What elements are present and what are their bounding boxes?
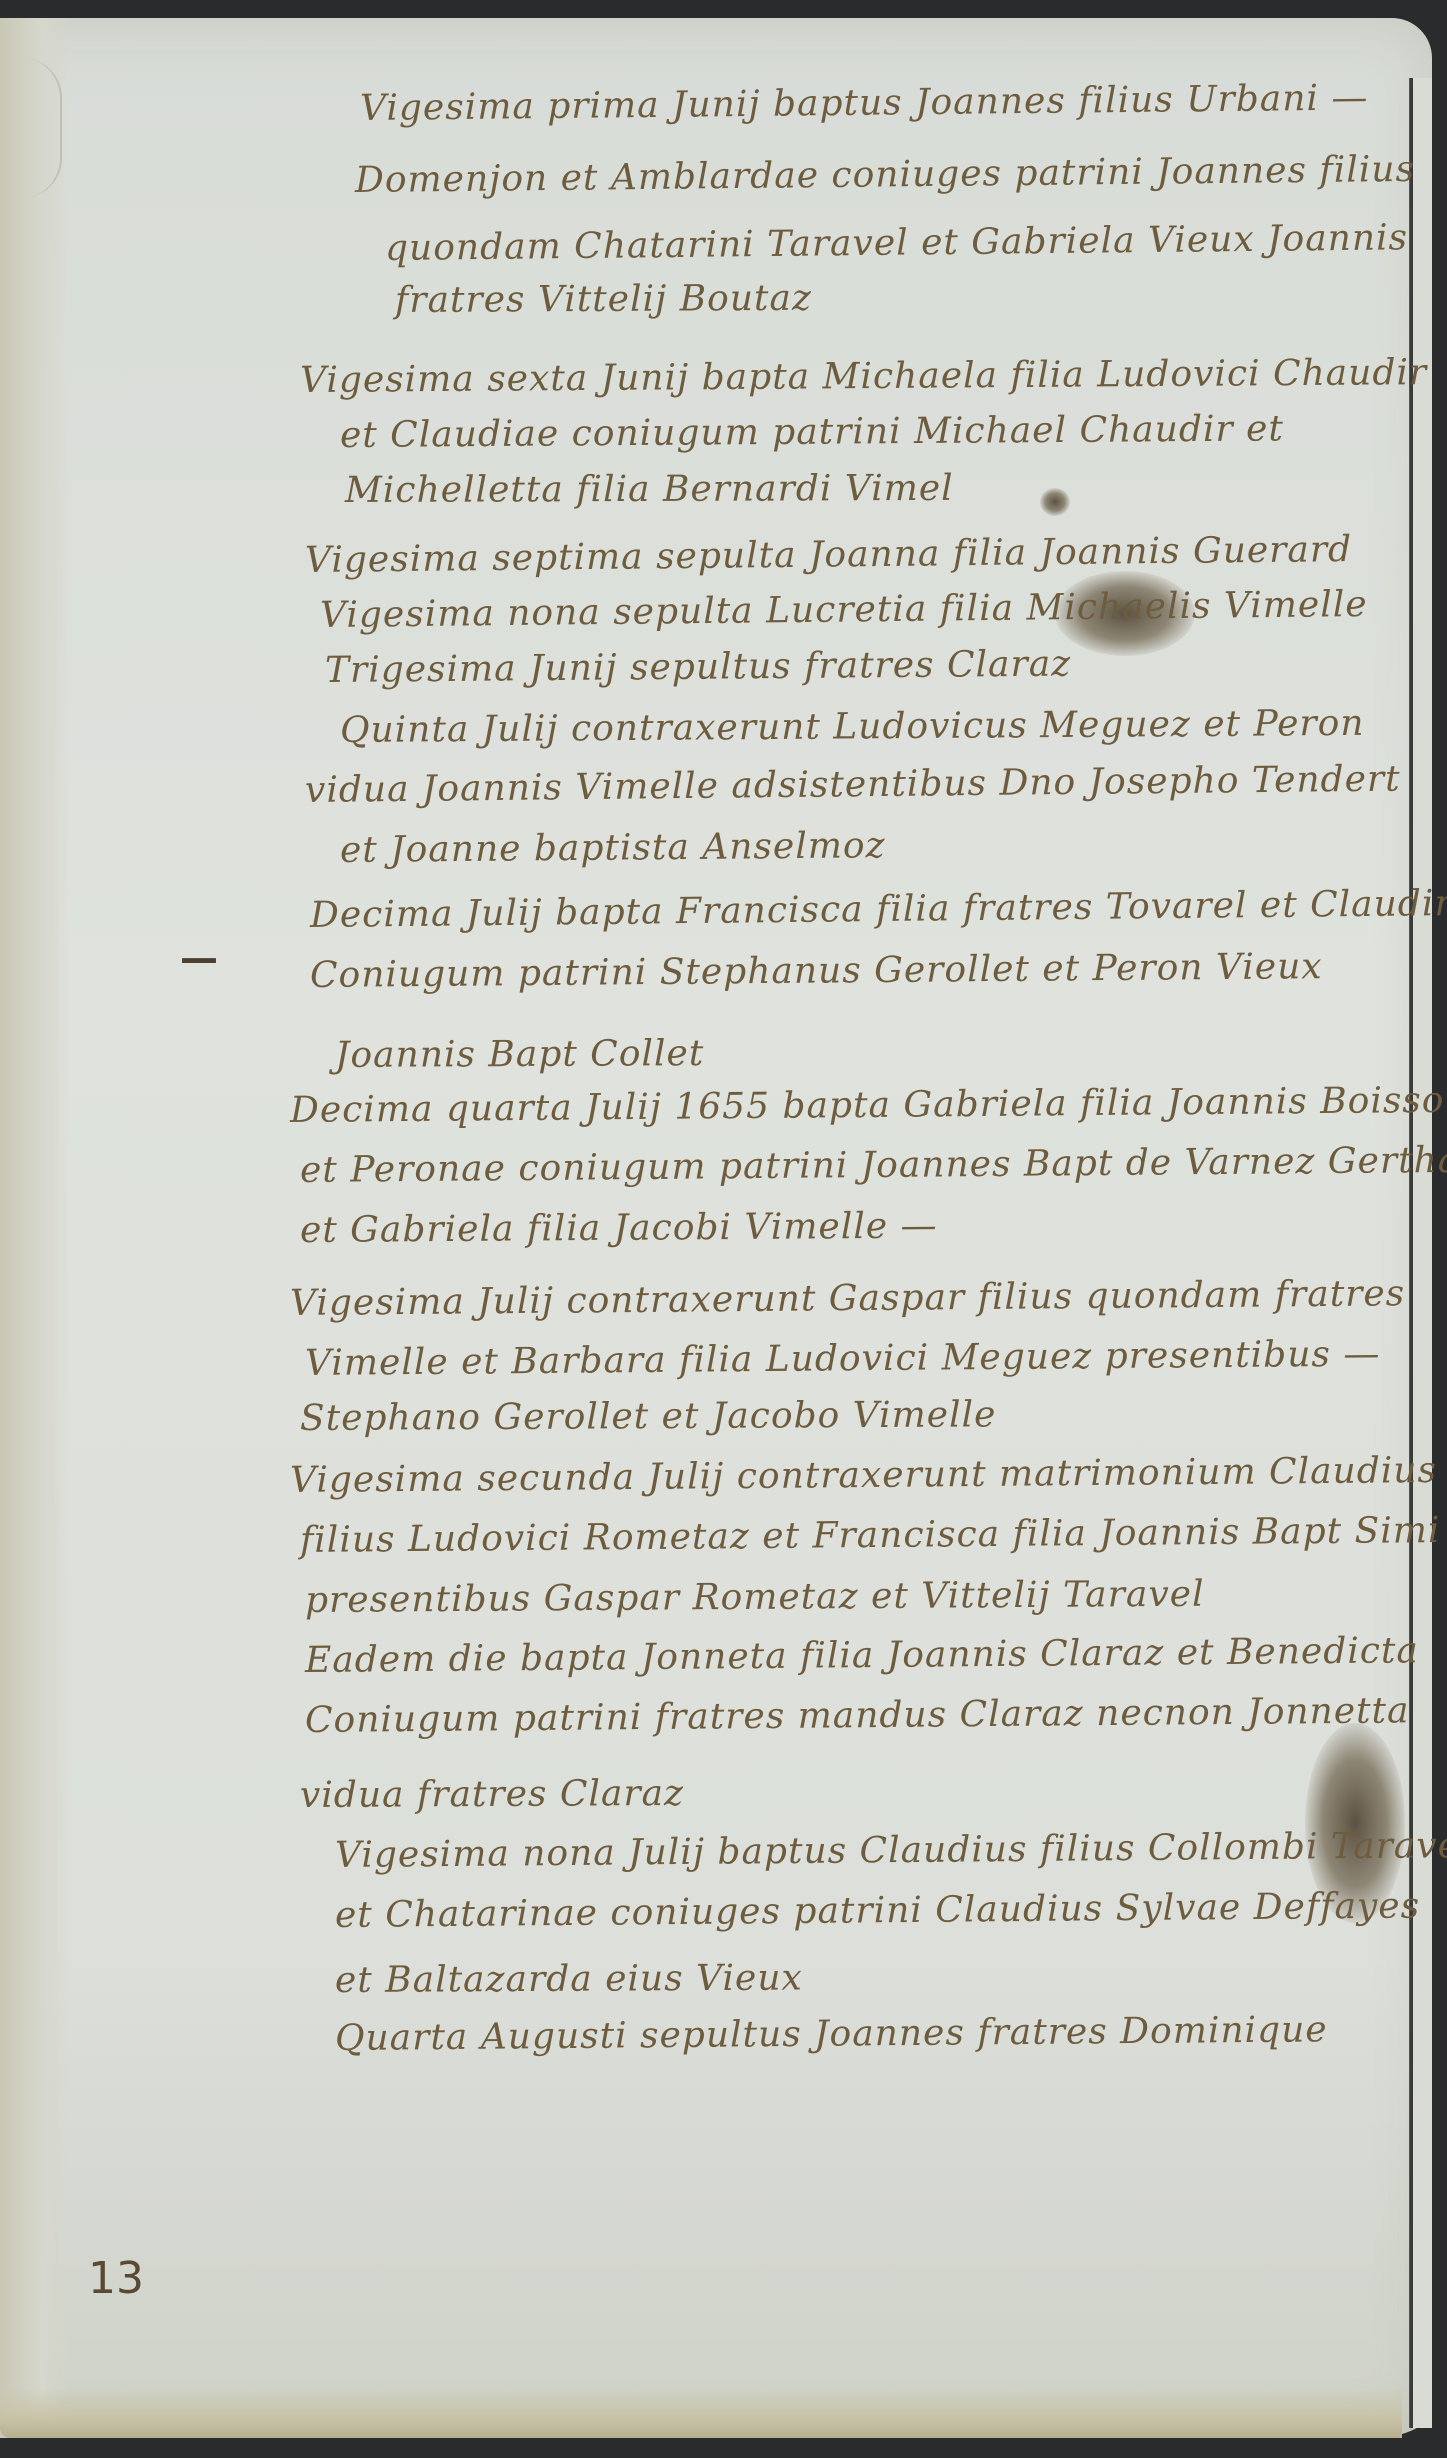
register-line: et Chatarinae coniuges patrini Claudius … (335, 1886, 1420, 1936)
register-line: Domenjon et Amblardae coniuges patrini J… (355, 149, 1415, 201)
register-line: Vigesima secunda Julij contraxerunt matr… (290, 1450, 1437, 1501)
register-line: presentibus Gaspar Rometaz et Vittelij T… (305, 1574, 1205, 1621)
register-line: Quarta Augusti sepultus Joannes fratres … (335, 2009, 1328, 2059)
ink-stain (1040, 488, 1070, 516)
register-line: vidua fratres Claraz (300, 1773, 684, 1816)
margin-mark: — (180, 936, 218, 980)
register-line: Vigesima nona sepulta Lucretia filia Mic… (320, 584, 1368, 636)
binding-curl (0, 58, 62, 198)
register-line: Vigesima septima sepulta Joanna filia Jo… (305, 529, 1353, 581)
register-line: et Joanne baptista Anselmoz (340, 825, 886, 871)
register-line: Vigesima Julij contraxerunt Gaspar filiu… (290, 1273, 1406, 1324)
register-line: et Baltazarda eius Vieux (335, 1958, 803, 2001)
register-line: Quinta Julij contraxerunt Ludovicus Megu… (340, 703, 1365, 751)
register-line: Coniugum patrini Stephanus Gerollet et P… (310, 946, 1323, 996)
page-number: 13 (88, 2253, 144, 2304)
manuscript-page: Vigesima prima Junij baptus Joannes fili… (0, 18, 1432, 2438)
register-line: Stephano Gerollet et Jacobo Vimelle (300, 1394, 997, 1439)
register-line: Coniugum patrini fratres mandus Claraz n… (305, 1690, 1410, 1741)
register-line: et Claudiae coniugum patrini Michael Cha… (340, 408, 1284, 456)
register-line: quondam Chatarini Taravel et Gabriela Vi… (385, 217, 1408, 269)
register-line: fratres Vittelij Boutaz (395, 278, 812, 321)
register-line: Vigesima nona Julij baptus Claudius fili… (335, 1825, 1447, 1876)
register-line: et Gabriela filia Jacobi Vimelle — (300, 1206, 938, 1251)
register-line: et Peronae coniugum patrini Joannes Bapt… (300, 1140, 1447, 1191)
register-line: Vigesima sexta Junij bapta Michaela fili… (300, 352, 1427, 401)
register-line: Decima Julij bapta Francisca filia fratr… (310, 883, 1447, 936)
next-page-edge (1409, 78, 1432, 2428)
register-line: Michelletta filia Bernardi Vimel (345, 468, 954, 511)
register-line: Trigesima Junij sepultus fratres Claraz (325, 643, 1072, 691)
register-line: vidua Joannis Vimelle adsistentibus Dno … (305, 759, 1401, 811)
worn-page-edge (0, 2388, 1402, 2438)
register-line: Joannis Bapt Collet (335, 1033, 704, 1076)
register-line: filius Ludovici Rometaz et Francisca fil… (300, 1510, 1441, 1561)
register-line: Vimelle et Barbara filia Ludovici Meguez… (305, 1334, 1381, 1384)
register-line: Eadem die bapta Jonneta filia Joannis Cl… (305, 1630, 1419, 1681)
register-line: Decima quarta Julij 1655 bapta Gabriela … (290, 1080, 1447, 1131)
register-line: Vigesima prima Junij baptus Joannes fili… (360, 77, 1369, 129)
